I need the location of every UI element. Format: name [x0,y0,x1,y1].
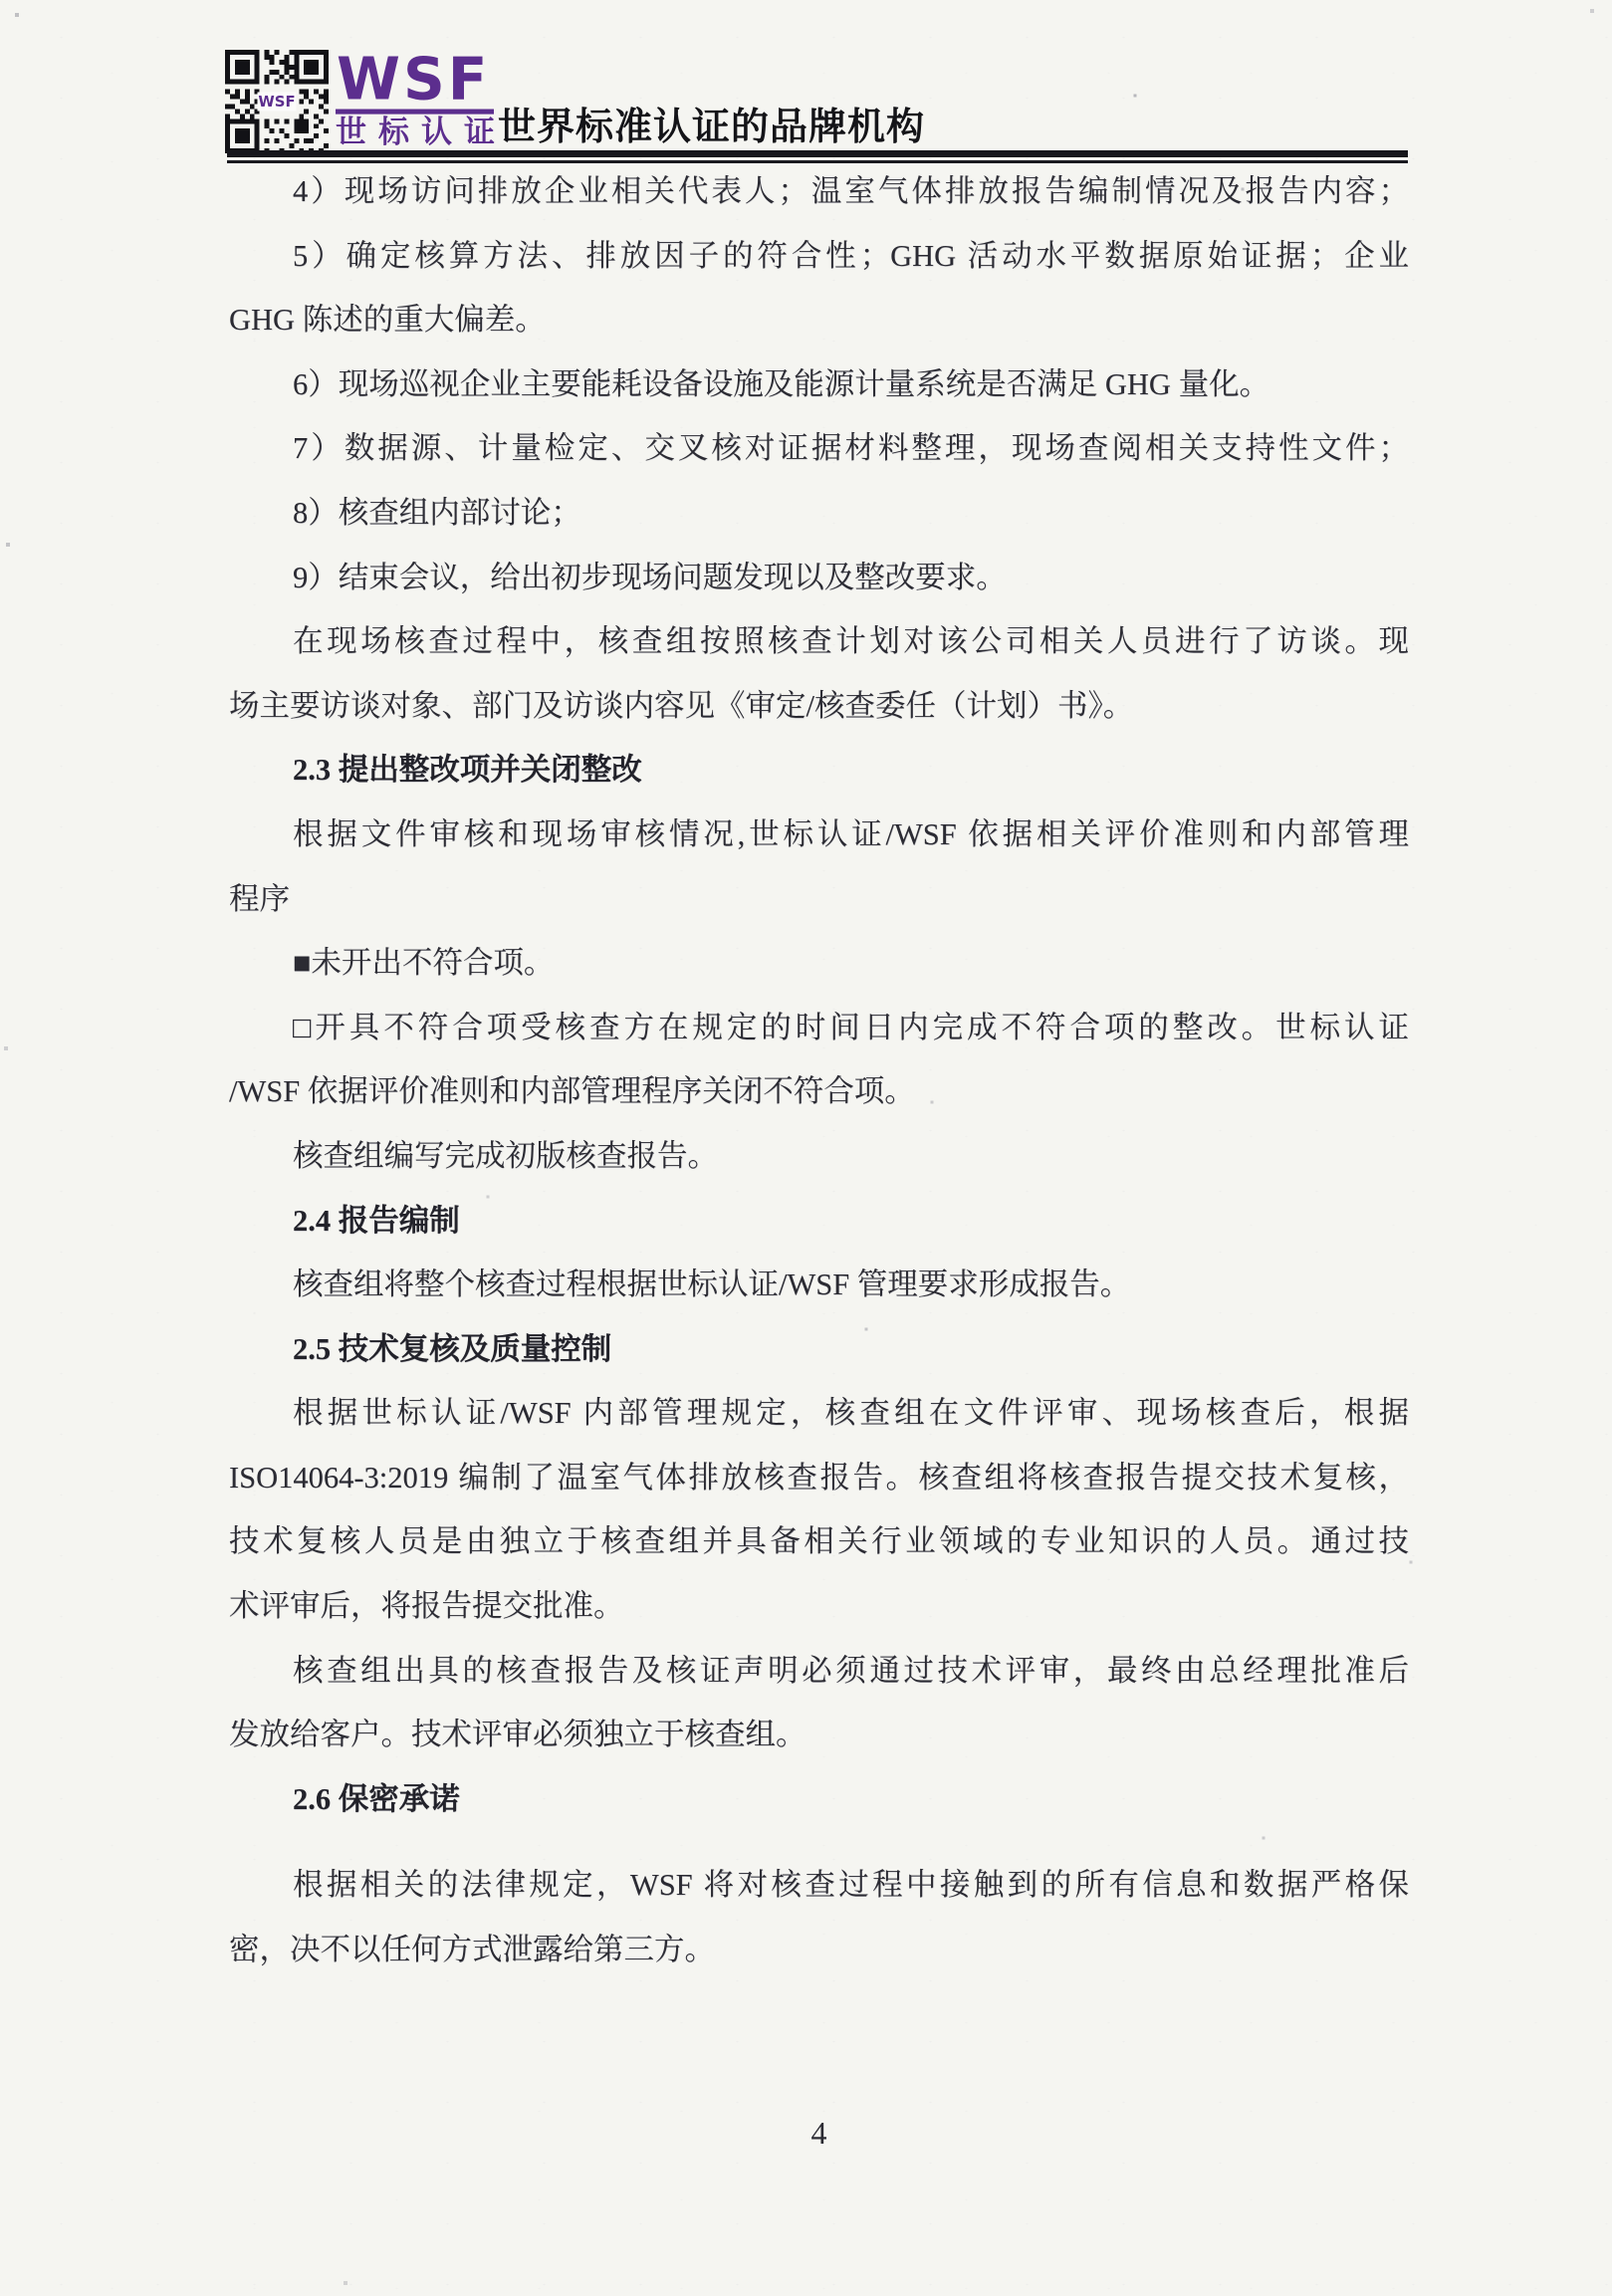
text-line: 核查组编写完成初版核查报告。 [229,1124,1409,1189]
text-line: □开具不符合项受核查方在规定的时间日内完成不符合项的整改。世标认证 [229,996,1409,1060]
section-heading: 2.3 提出整改项并关闭整改 [229,738,1409,803]
text-line: 术评审后，将报告提交批准。 [229,1574,1409,1639]
text-line: 核查组出具的核查报告及核证声明必须通过技术评审，最终由总经理批准后 [229,1639,1409,1704]
text-line: GHG 陈述的重大偏差。 [229,288,1409,352]
text-line: 场主要访谈对象、部门及访谈内容见《审定/核查委任（计划）书》。 [229,674,1409,739]
body-lines: 4）现场访问排放企业相关代表人；温室气体排放报告编制情况及报告内容；5）确定核算… [229,159,1409,1982]
page-number: 4 [229,2115,1409,2152]
section-heading: 2.5 技术复核及质量控制 [229,1317,1409,1382]
text-line: ■未开出不符合项。 [229,931,1409,996]
document-page: WSF WSF 世标认证 世界标准认证的品牌机构 4）现场访问排放企业相关代表人… [0,0,1612,2296]
brand-logo: WSF 世标认证 [336,50,507,149]
text-line: 根据文件审核和现场审核情况,世标认证/WSF 依据相关评价准则和内部管理 [229,803,1409,867]
text-line: 程序 [229,867,1409,932]
svg-text:WSF: WSF [258,93,295,111]
text-line: 6）现场巡视企业主要能耗设备设施及能源计量系统是否满足 GHG 量化。 [229,352,1409,417]
scan-noise [0,0,2,2]
text-line: 密，决不以任何方式泄露给第三方。 [229,1918,1409,1982]
text-line: 9）结束会议，给出初步现场问题发现以及整改要求。 [229,546,1409,610]
brand-tagline: 世界标准认证的品牌机构 [498,106,925,149]
text-line: 技术复核人员是由独立于核查组并具备相关行业领域的专业知识的人员。通过技 [229,1509,1409,1574]
text-line: 根据世标认证/WSF 内部管理规定，核查组在文件评审、现场核查后，根据 [229,1381,1409,1446]
text-line: 5）确定核算方法、排放因子的符合性；GHG 活动水平数据原始证据；企业 [229,224,1409,289]
section-heading: 2.6 保密承诺 [229,1767,1409,1832]
section-heading: 2.4 报告编制 [229,1189,1409,1254]
brand-logo-acronym: WSF [336,49,494,114]
text-line: 在现场核查过程中，核查组按照核查计划对该公司相关人员进行了访谈。现 [229,609,1409,674]
brand-logo-chinese-name: 世标认证 [336,115,507,149]
text-line: 核查组将整个核查过程根据世标认证/WSF 管理要求形成报告。 [229,1253,1409,1317]
text-line: ISO14064-3:2019 编制了温室气体排放核查报告。核查组将核查报告提交… [229,1446,1409,1510]
text-line: 根据相关的法律规定，WSF 将对核查过程中接触到的所有信息和数据严格保 [229,1853,1409,1918]
text-line: 4）现场访问排放企业相关代表人；温室气体排放报告编制情况及报告内容； [229,159,1409,224]
text-line: 8）核查组内部讨论； [229,481,1409,546]
text-line: /WSF 依据评价准则和内部管理程序关闭不符合项。 [229,1059,1409,1124]
text-line: 7）数据源、计量检定、交叉核对证据材料整理，现场查阅相关支持性文件； [229,416,1409,481]
qr-code-icon: WSF [224,50,330,153]
paragraph-spacer [229,1831,1409,1853]
text-line: 发放给客户。技术评审必须独立于核查组。 [229,1703,1409,1767]
